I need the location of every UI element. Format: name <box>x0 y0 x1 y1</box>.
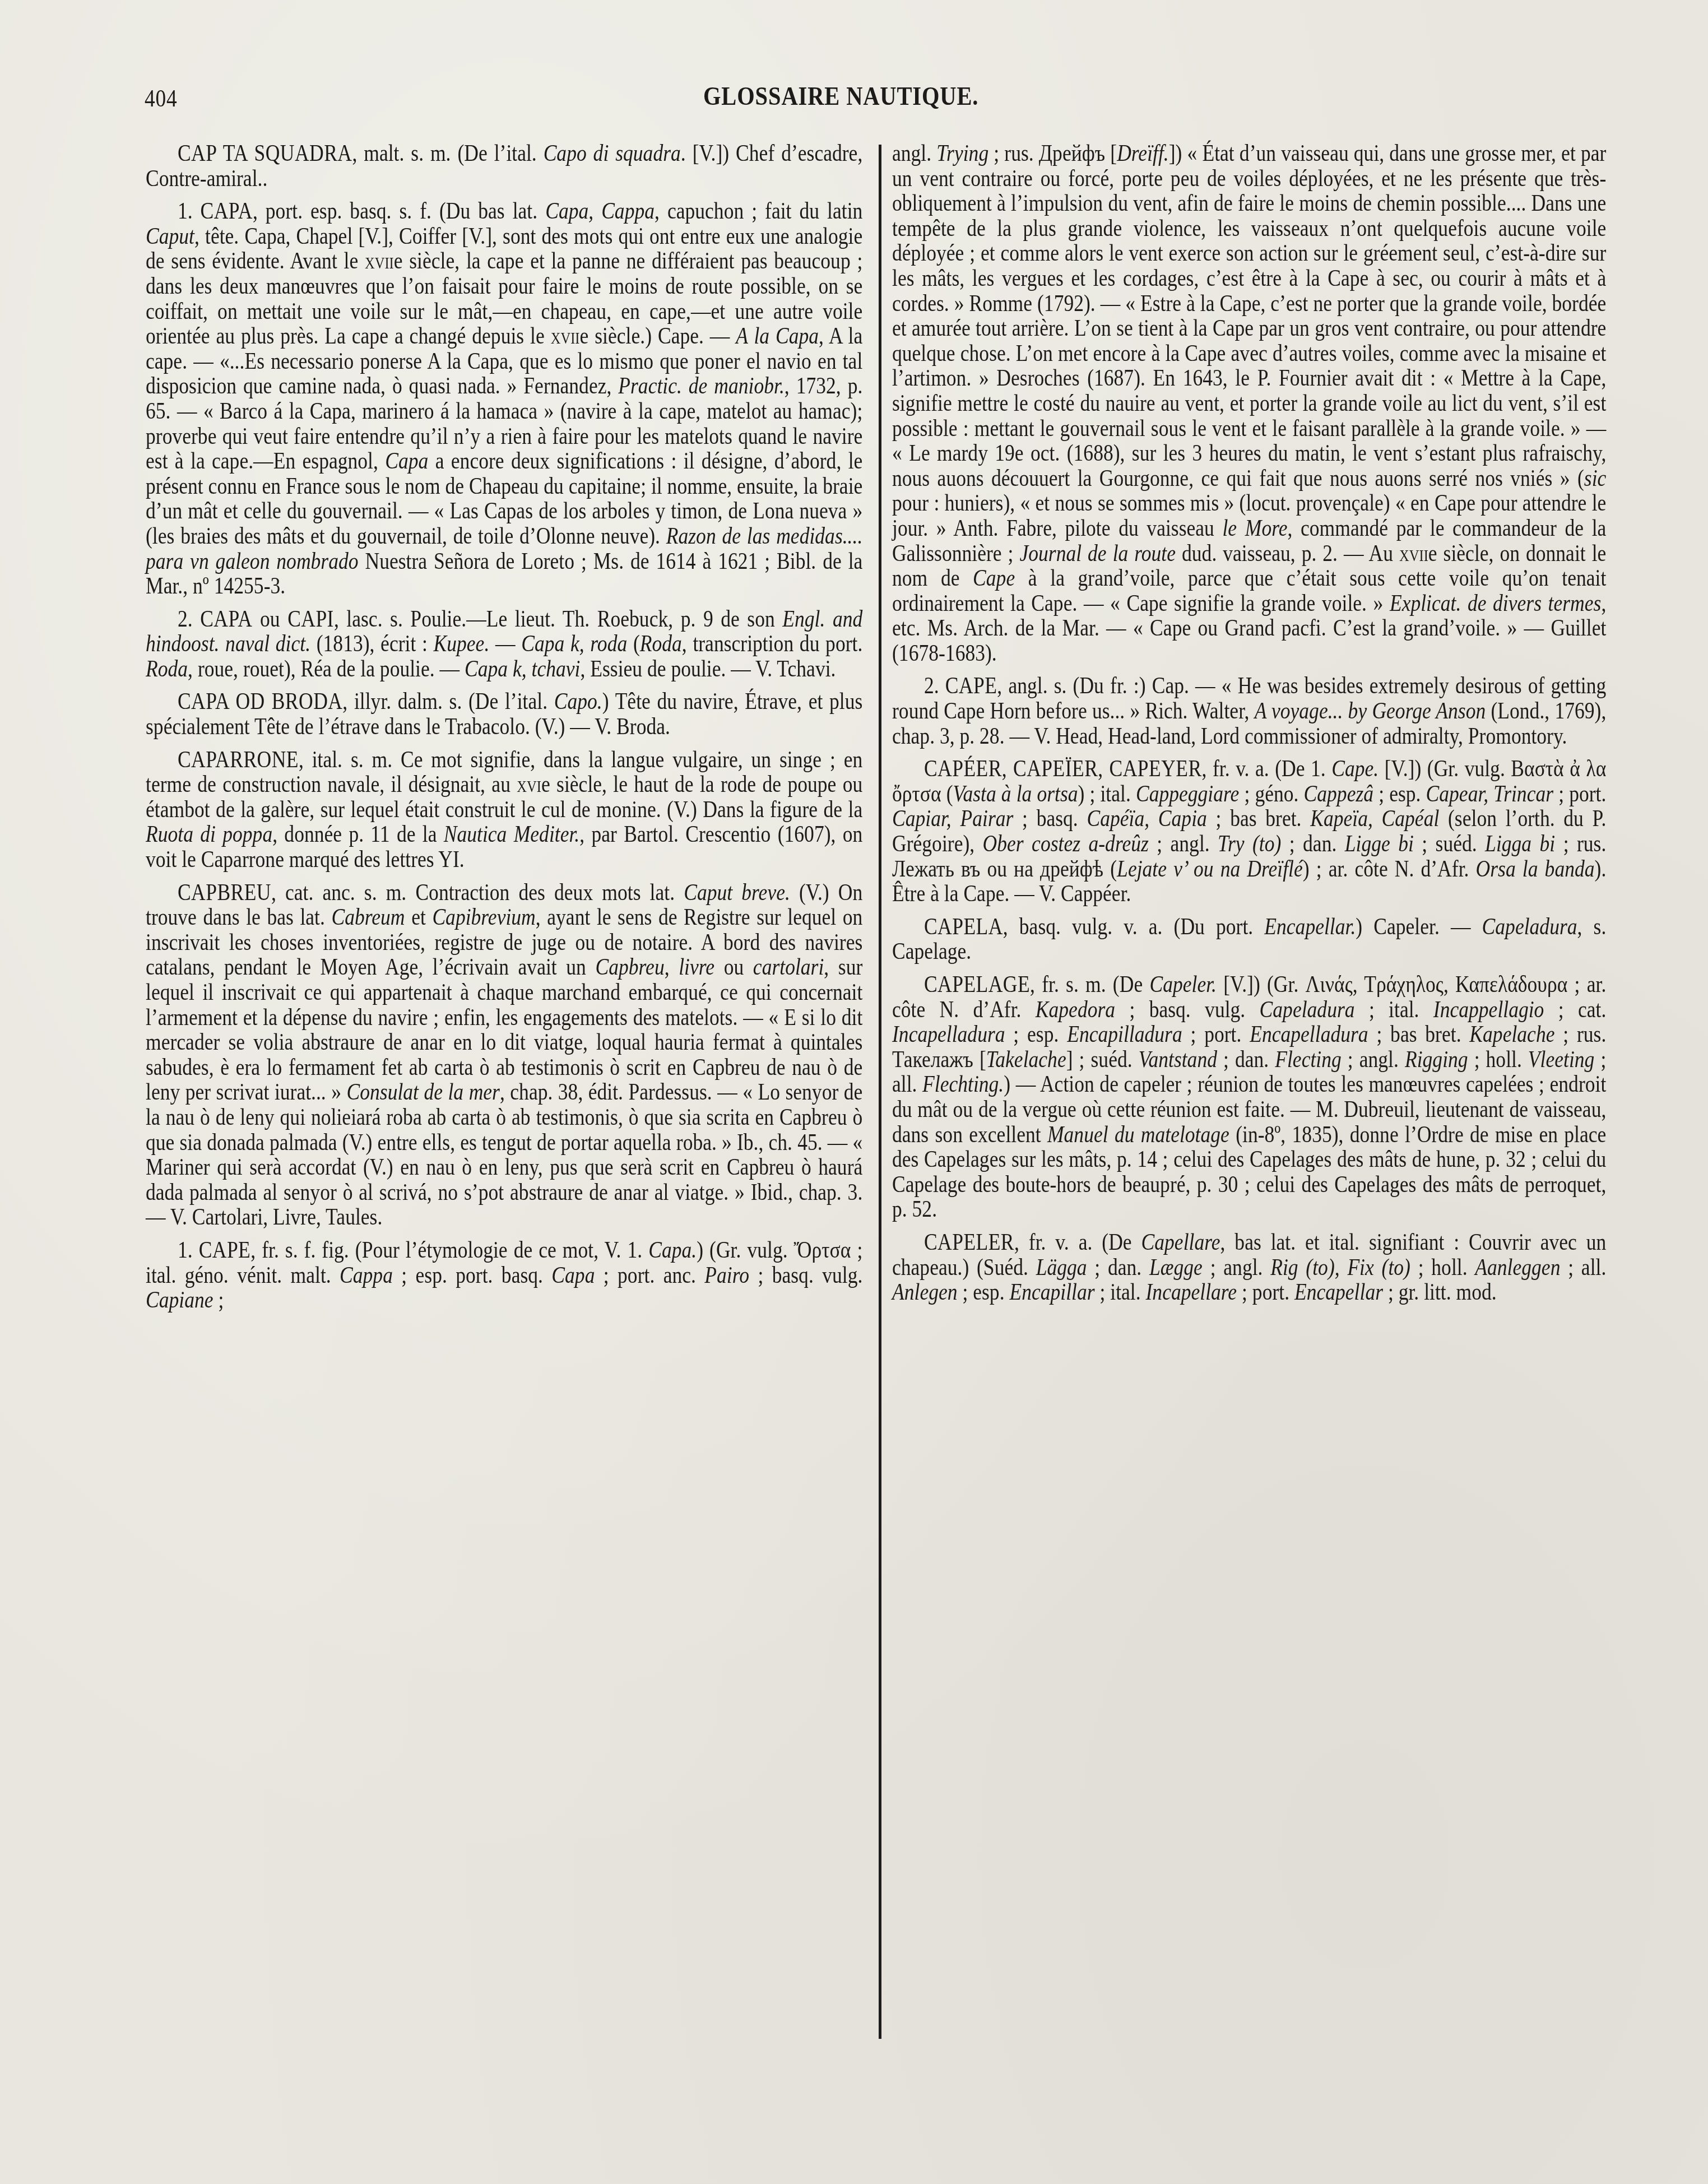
entry-text: ) ; ar. côte N. d’Afr. <box>1303 856 1476 882</box>
entry-text: ; basq. <box>1013 806 1087 832</box>
italic-term: Capellare <box>1141 1230 1220 1255</box>
running-head: GLOSSAIRE NAUTIQUE. <box>703 81 999 111</box>
entry-text: (1813), écrit : <box>310 631 433 657</box>
italic-term: Capiane <box>146 1287 214 1313</box>
glossary-entry: 2. CAPA ou CAPI, lasc. s. Poulie.—Le lie… <box>146 607 862 682</box>
entry-text: ; esp. <box>1373 781 1426 807</box>
italic-term: Capa. <box>648 1237 697 1263</box>
italic-term: Explicat. de divers termes <box>1390 591 1601 616</box>
left-column-text: CAP TA SQUADRA, malt. s. m. (De l’ital. … <box>146 141 862 1313</box>
entry-text: e siècle.) Cape. — <box>580 323 736 349</box>
entry-text: , lasc. s. Poulie.—Le lieut. Th. Roebuck… <box>334 606 782 632</box>
entry-text: ]) « État d’un vaisseau qui, dans une gr… <box>892 141 1606 491</box>
italic-term: Aanleggen <box>1475 1255 1560 1281</box>
italic-term: Journal de la route <box>1019 541 1176 567</box>
italic-term: Capa <box>551 1263 595 1288</box>
entry-text: ; esp. port. basq. <box>393 1263 551 1288</box>
entry-text: ( <box>627 631 640 657</box>
italic-term: Rig (to), Fix (to) <box>1270 1255 1410 1281</box>
italic-term: Dreïff. <box>1117 141 1169 166</box>
glossary-entry: CAP TA SQUADRA, malt. s. m. (De l’ital. … <box>146 141 862 191</box>
italic-term: Lægge <box>1149 1255 1203 1281</box>
italic-term: Cappeggiare <box>1136 781 1239 807</box>
italic-term: Trying <box>936 141 988 166</box>
entry-text: angl. <box>892 141 936 166</box>
entry-headword: CAPÉER, CAPEÏER, CAPEYER <box>924 756 1202 782</box>
italic-term: Vantstand <box>1139 1047 1217 1073</box>
entry-text: ; bas bret. <box>1368 1022 1470 1047</box>
entry-text: ; basq. vulg. <box>749 1263 862 1288</box>
italic-term: Capa k, tchavi <box>465 656 580 682</box>
entry-text: , fr. v. a. (De <box>1014 1230 1141 1255</box>
entry-text: , illyr. dalm. s. (De l’ital. <box>342 689 554 715</box>
entry-text: ; dan. <box>1217 1047 1275 1073</box>
entry-headword: CAPELER <box>924 1230 1014 1255</box>
entry-text: , capuchon ; fait du latin <box>655 198 862 224</box>
glossary-entry: CAPELAGE, fr. s. m. (De Capeler. [V.]) (… <box>892 972 1606 1222</box>
italic-term: Flecting <box>1275 1047 1342 1073</box>
entry-headword: CAPI <box>287 606 334 632</box>
italic-term: Capa <box>385 448 428 474</box>
italic-term: Practic. de maniobr. <box>618 373 785 399</box>
right-column: angl. Trying ; rus. Дрейфъ [Dreïff.]) « … <box>892 141 1607 1313</box>
italic-term: livre <box>679 954 714 980</box>
italic-term: Capbreu <box>595 954 664 980</box>
entry-text: 2. <box>924 673 945 699</box>
entry-text: , cat. anc. s. m. Contraction des deux m… <box>271 880 684 906</box>
italic-term: Rigging <box>1405 1047 1468 1073</box>
entry-headword: CAPBREU <box>178 880 271 906</box>
entry-text: ; esp. <box>1005 1022 1067 1047</box>
entry-text: ; dan. <box>1281 831 1344 857</box>
italic-term: Caput <box>146 224 194 249</box>
entry-text: ; port. <box>1237 1279 1294 1305</box>
italic-term: Vasta à la ortsa <box>953 781 1078 807</box>
italic-term: Manuel du matelotage <box>1047 1122 1229 1148</box>
entry-text: ou <box>714 954 753 980</box>
entry-text: ; rus. Дрейфъ [ <box>988 141 1117 166</box>
entry-text: ; cat. <box>1544 997 1606 1023</box>
entry-text: , donnée p. 11 de la <box>272 822 444 847</box>
entry-text: — <box>489 631 521 657</box>
entry-text: ; angl. <box>1203 1255 1270 1281</box>
entry-text: ; <box>214 1287 224 1313</box>
italic-term: Capear, Trincar <box>1426 781 1554 807</box>
entry-text: xvii <box>365 248 394 274</box>
italic-term: cartolari <box>753 954 824 980</box>
italic-term: sic <box>1584 466 1607 491</box>
italic-term: A la Capa <box>736 323 819 349</box>
entry-text: ; port. <box>1182 1022 1250 1047</box>
entry-text: ; dan. <box>1087 1255 1149 1281</box>
entry-text: ; gr. litt. mod. <box>1383 1279 1497 1305</box>
glossary-entry: 2. CAPE, angl. s. (Du fr. :) Cap. — « He… <box>892 674 1606 749</box>
entry-text: , roue, rouet), Réa de la poulie. — <box>188 656 465 682</box>
left-column: CAP TA SQUADRA, malt. s. m. (De l’ital. … <box>146 141 863 1321</box>
italic-term: Encapellar. <box>1264 914 1356 940</box>
glossary-entry: CAPELA, basq. vulg. v. a. (Du port. Enca… <box>892 915 1606 965</box>
entry-text: , <box>665 954 679 980</box>
entry-headword: CAPE <box>199 1237 251 1263</box>
italic-term: Cappa <box>340 1263 393 1288</box>
italic-term: Roda <box>640 631 682 657</box>
italic-term: Lägga <box>1036 1255 1087 1281</box>
entry-text: xvii <box>1399 541 1428 567</box>
italic-term: Try (to) <box>1218 831 1281 857</box>
glossary-entry: CAPÉER, CAPEÏER, CAPEYER, fr. v. a. (De … <box>892 757 1606 907</box>
italic-term: Lejate v’ ou na Dreïflé <box>1117 856 1303 882</box>
italic-term: Capeladura <box>1482 914 1577 940</box>
italic-term: Kapedora <box>1036 997 1115 1023</box>
entry-text: , port. esp. basq. s. f. (Du bas lat. <box>253 198 545 224</box>
italic-term: Capa k, roda <box>521 631 627 657</box>
italic-term: Capibrevium <box>432 905 535 930</box>
italic-term: Capo di squadra <box>544 141 681 166</box>
italic-term: Capéïa, Capia <box>1087 806 1206 832</box>
italic-term: Capo. <box>554 689 602 715</box>
italic-term: Roda <box>146 656 188 682</box>
glossary-entry: CAPELER, fr. v. a. (De Capellare, bas la… <box>892 1230 1606 1305</box>
entry-headword: CAPA <box>200 606 252 632</box>
italic-term: Takelache <box>986 1047 1066 1073</box>
italic-term: Kupee. <box>434 631 490 657</box>
entry-text: , transcription du port. <box>682 631 862 657</box>
entry-text: ; all. <box>1560 1255 1606 1281</box>
italic-term: Vleeting <box>1528 1047 1595 1073</box>
entry-text: dud. vaisseau, p. 2. — Au <box>1176 541 1399 567</box>
book-page: 404 GLOSSAIRE NAUTIQUE. CAP TA SQUADRA, … <box>0 0 1708 2184</box>
entry-text: , fr. s. m. (De <box>1030 972 1149 998</box>
italic-term: Incappellagio <box>1433 997 1544 1023</box>
entry-text: ) ; ital. <box>1078 781 1136 807</box>
entry-text: ] ; suéd. <box>1066 1047 1139 1073</box>
entry-text: , fr. s. f. fig. (Pour l’étymologie de c… <box>250 1237 648 1263</box>
italic-term: Encapilladura <box>1067 1022 1182 1047</box>
entry-text: et <box>405 905 433 930</box>
italic-term: Incapellare <box>1146 1279 1237 1305</box>
entry-headword: CAPA <box>201 198 253 224</box>
entry-text: xvii <box>551 323 580 349</box>
italic-term: Ligga bi <box>1485 831 1555 857</box>
entry-headword: CAPELAGE <box>924 972 1030 998</box>
entry-text: 1. <box>178 1237 199 1263</box>
italic-term: Cabreum <box>331 905 405 930</box>
entry-text: ; suéd. <box>1414 831 1485 857</box>
entry-text: ; holl. <box>1468 1047 1528 1073</box>
entry-text: , Essieu de poulie. — V. Tchavi. <box>580 656 836 682</box>
entry-text: ; port. <box>1553 781 1606 807</box>
italic-term: Consulat de la mer <box>346 1079 499 1105</box>
entry-text: 1. <box>178 198 201 224</box>
italic-term: Capeladura <box>1260 997 1355 1023</box>
italic-term: Kapelache <box>1469 1022 1554 1047</box>
entry-text: ; bas bret. <box>1207 806 1310 832</box>
entry-text: ou <box>252 606 287 632</box>
italic-term: Capa, Cappa <box>545 198 655 224</box>
entry-headword: CAP TA SQUADRA <box>178 141 352 166</box>
italic-term: le More <box>1222 516 1287 541</box>
italic-term: Ligge bi <box>1345 831 1414 857</box>
entry-text: ; angl. <box>1149 831 1218 857</box>
italic-term: Incapelladura <box>892 1022 1005 1047</box>
italic-term: Pairo <box>704 1263 749 1288</box>
entry-text: 2. <box>178 606 200 632</box>
glossary-entry: CAPBREU, cat. anc. s. m. Contraction des… <box>146 880 862 1230</box>
entry-text: ; esp. <box>958 1279 1010 1305</box>
page-number: 404 <box>145 84 178 113</box>
italic-term: Cappezâ <box>1304 781 1374 807</box>
glossary-entry: 1. CAPA, port. esp. basq. s. f. (Du bas … <box>146 199 862 599</box>
entry-text: ) Capeler. — <box>1356 914 1482 940</box>
italic-term: Cape <box>973 565 1015 591</box>
entry-text: ; ital. <box>1355 997 1433 1023</box>
italic-term: Capeler. <box>1149 972 1217 998</box>
glossary-entry: angl. Trying ; rus. Дрейфъ [Dreïff.]) « … <box>892 141 1606 666</box>
italic-term: Flechting. <box>922 1072 1004 1097</box>
italic-term: Capiar, Pairar <box>892 806 1013 832</box>
italic-term: Caput breve. <box>684 880 790 906</box>
italic-term: Encapelladura <box>1250 1022 1368 1047</box>
italic-term: Encapellar <box>1294 1279 1383 1305</box>
entry-text: ; géno. <box>1239 781 1303 807</box>
italic-term: Anlegen <box>892 1279 958 1305</box>
entry-headword: CAPELA <box>924 914 1003 940</box>
entry-text: ; holl. <box>1410 1255 1475 1281</box>
entry-text: ; basq. vulg. <box>1115 997 1259 1023</box>
italic-term: Ruota di poppa <box>146 822 272 847</box>
glossary-entry: CAPARRONE, ital. s. m. Ce mot signifie, … <box>146 748 862 873</box>
entry-text: xvi <box>517 772 541 797</box>
italic-term: A voyage... by George Anson <box>1255 698 1486 724</box>
entry-text: ; angl. <box>1342 1047 1405 1073</box>
italic-term: Encapillar <box>1009 1279 1094 1305</box>
entry-text: ; ital. <box>1095 1279 1146 1305</box>
entry-headword: CAPE <box>945 673 997 699</box>
glossary-entry: CAPA OD BRODA, illyr. dalm. s. (De l’ita… <box>146 689 862 739</box>
entry-text: , malt. s. m. (De l’ital. <box>352 141 543 166</box>
entry-headword: CAPA OD BRODA <box>178 689 342 715</box>
right-column-text: angl. Trying ; rus. Дрейфъ [Dreïff.]) « … <box>892 141 1606 1305</box>
italic-term: Ober costez a-dreûz <box>983 831 1149 857</box>
italic-term: Kapeïa, Capéal <box>1310 806 1439 832</box>
entry-text: , fr. v. a. (De 1. <box>1202 756 1332 782</box>
glossary-entry: 1. CAPE, fr. s. f. fig. (Pour l’étymolog… <box>146 1238 862 1313</box>
entry-headword: CAPARRONE <box>178 747 299 773</box>
entry-text: , basq. vulg. v. a. (Du port. <box>1003 914 1264 940</box>
column-divider <box>879 145 881 2039</box>
italic-term: Orsa la banda <box>1476 856 1595 882</box>
entry-text: ; port. anc. <box>595 1263 704 1288</box>
italic-term: Cape. <box>1331 756 1379 782</box>
italic-term: Nautica Mediter. <box>444 822 580 847</box>
